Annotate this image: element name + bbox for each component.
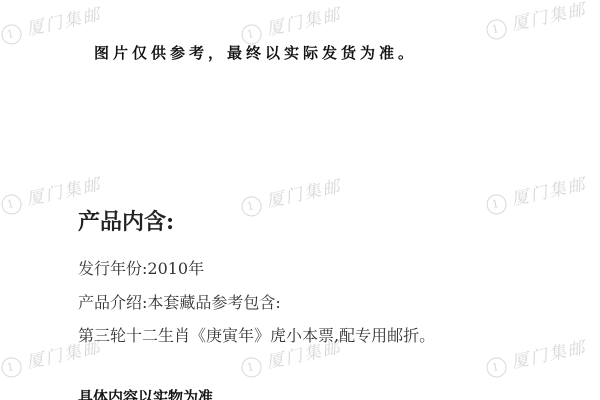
watermark: 1厦门集邮 (483, 170, 588, 216)
product-contents-heading: 产品内含: (78, 205, 174, 236)
watermark: 1厦门集邮 (483, 0, 588, 41)
watermark-logo-icon: 1 (0, 355, 23, 379)
watermark-logo-icon: 1 (485, 355, 509, 379)
watermark-logo-icon: 1 (240, 355, 264, 379)
product-detail-line: 第三轮十二生肖《庚寅年》虎小本票,配专用邮折。 (78, 323, 435, 346)
watermark-logo-icon: 1 (240, 194, 264, 218)
watermark: 1厦门集邮 (0, 0, 104, 46)
watermark-text: 厦门集邮 (265, 177, 343, 212)
watermark-text: 厦门集邮 (265, 5, 343, 40)
watermark-logo-icon: 1 (485, 17, 509, 41)
watermark-text: 厦门集邮 (510, 175, 588, 210)
product-intro-line: 产品介绍:本套藏品参考包含: (78, 290, 281, 313)
watermark: 1厦门集邮 (483, 333, 588, 379)
watermark: 1厦门集邮 (238, 172, 343, 218)
issue-year-line: 发行年份:2010年 (78, 256, 204, 279)
watermark-logo-icon: 1 (485, 192, 509, 216)
watermark-text: 厦门集邮 (25, 5, 103, 40)
watermark: 1厦门集邮 (238, 0, 343, 46)
watermark-text: 厦门集邮 (510, 338, 588, 373)
watermark-text: 厦门集邮 (510, 0, 588, 35)
watermark-logo-icon: 1 (0, 192, 23, 216)
watermark-logo-icon: 1 (0, 22, 23, 46)
actual-item-notice: 具体内容以实物为准 (78, 386, 213, 400)
reference-notice: 图片仅供参考，最终以实际发货为准。 (94, 42, 417, 63)
